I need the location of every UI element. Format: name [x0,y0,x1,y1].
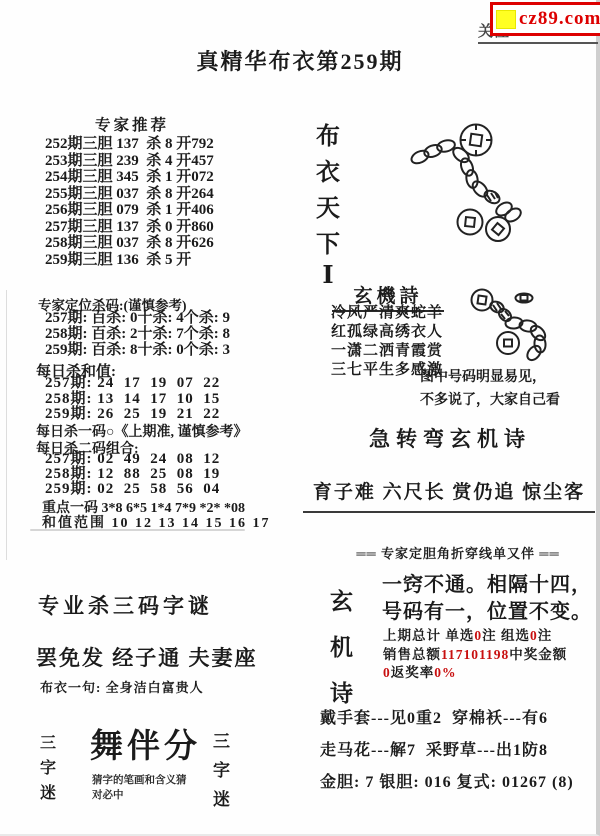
daily-kill-two-row: 258期: 12 88 25 08 19 [45,467,220,482]
scan-edge-artifact [6,290,7,560]
riddle3-line: 罢免发 经子通 夫妻座 [36,642,258,672]
stats-line-3: 0返奖率0% [383,661,457,681]
coin-bead-drawing-2 [452,286,570,366]
position-kill-rows: 257期: 百杀: 0十杀: 4个杀: 9 258期: 百杀: 2十杀: 7个杀… [45,310,230,358]
drawing-caption: 图中号码明显易见， 不多说了，大家自己看 [420,366,560,412]
position-kill-row: 259期: 百杀: 8十杀: 0个杀: 3 [45,342,230,358]
recommend-row: 255期三胆 037 杀 8 开264 [45,186,214,203]
position-kill-row: 257期: 百杀: 0十杀: 4个杀: 9 [45,310,230,326]
recommend-row: 252期三胆 137 杀 8 开792 [45,136,214,153]
position-kill-row: 258期: 百杀: 2十杀: 7个杀: 8 [45,326,230,342]
daily-kill-sum-row: 257期: 24 17 19 07 22 [45,376,220,392]
sharp-turn-line: 育子难 六尺长 赏仍追 惊尘客 [303,477,595,513]
stats-line-2: 销售总额117101198中奖金额 [383,643,567,663]
three-char-answer-word: 舞伴分 [90,720,201,767]
expert-band-header: ══ 专家定胆角折穿线单又伴 ══ [318,543,598,562]
logo-text: cz89.com [519,8,600,30]
bottom-riddle-rows: 戴手套---见0重2 穿棉袄---有6 走马花---解7 采野草---出1防8 … [320,703,574,799]
bottom-riddle-row: 走马花---解7 采野草---出1防8 [320,735,574,767]
riddle3-title: 专业杀三码字谜 [38,590,213,620]
bottom-riddle-row: 戴手套---见0重2 穿棉袄---有6 [320,703,574,735]
xuanji-box-vertical-label: 玄 机 诗 [330,583,353,708]
three-char-left-label: 三 字 迷 [40,730,56,803]
daily-kill-sum-rows: 257期: 24 17 19 07 22 258期: 13 14 17 10 1… [45,376,220,423]
recommend-row: 257期三胆 137 杀 0 开860 [45,219,214,236]
three-char-note: 猜字的笔画和含义猜 对必中 [92,773,187,803]
recommend-row: 254期三胆 345 杀 1 开072 [45,169,214,186]
xuanji-box-main: 一窍不通。相隔十四， 号码有一，位置不变。 [382,572,597,626]
coin-bead-drawing-1 [398,110,540,248]
stats-line-1: 上期总计 单选0注 组选0注 [383,624,552,644]
recommend-row: 256期三胆 079 杀 1 开406 [45,202,214,219]
bottom-riddle-row: 金胆: 7 银胆: 016 复式: 01267 (8) [320,767,574,799]
daily-kill-two-row: 259期: 02 25 58 56 04 [45,482,220,497]
sharp-turn-title: 急转弯玄机诗 [305,423,595,453]
section-divider [30,529,245,531]
page-title: 真精华布衣第259期 [0,45,600,76]
expert-recommend-rows: 252期三胆 137 杀 8 开792 253期三胆 239 杀 4 开457 … [45,136,214,268]
riddle3-buyi-line: 布衣一句: 全身洁白富贵人 [40,677,204,696]
scan-page: 关注3 6m 一1 cz89.com 真精华布衣第259期 专家推荐 252期三… [0,0,600,836]
logo-yellow-square-icon [496,10,516,29]
recommend-row: 259期三胆 136 杀 5 开 [45,252,214,269]
site-logo[interactable]: cz89.com [490,2,600,36]
three-char-right-label: 三 字 迷 [213,727,230,810]
recommend-row: 253期三胆 239 杀 4 开457 [45,153,214,170]
expert-recommend-title: 专家推荐 [95,113,169,135]
daily-kill-sum-row: 258期: 13 14 17 10 15 [45,392,220,408]
recommend-row: 258期三胆 037 杀 8 开626 [45,235,214,252]
daily-kill-two-row: 257期: 02 49 24 08 12 [45,452,220,467]
buyi-tianxia-title: 布 衣 天 下 Ⅰ [316,116,340,290]
daily-kill-two-rows: 257期: 02 49 24 08 12 258期: 12 88 25 08 1… [45,452,220,497]
